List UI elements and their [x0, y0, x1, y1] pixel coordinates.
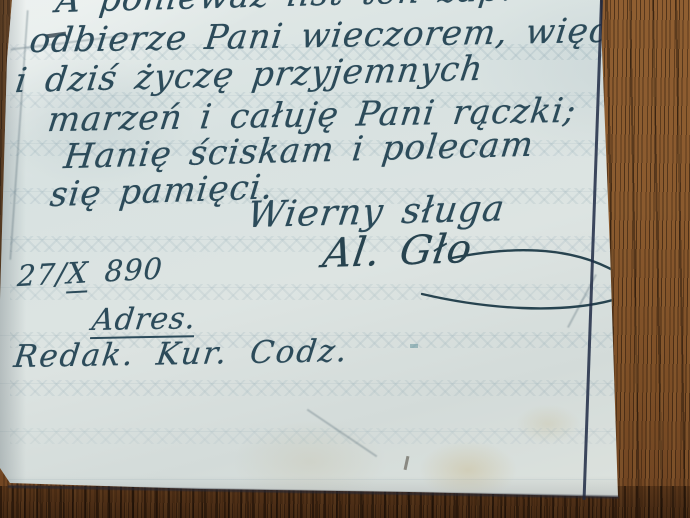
handwriting-line: się pamięci. — [48, 170, 275, 212]
date: 27/X 890 — [16, 254, 163, 291]
photo-of-letter: A ponieważ list ten zap. — odbierze Pani… — [0, 0, 690, 518]
address-line: Redak. Kur. Codz. — [12, 336, 350, 373]
address-label: Adres. — [90, 304, 198, 339]
ink-speck — [410, 344, 418, 348]
date-year: 890 — [104, 251, 164, 288]
date-day: 27 — [16, 257, 57, 293]
handwriting-line: odbierze Pani wieczorem, więc — [28, 14, 611, 58]
signature-flourish — [302, 238, 652, 318]
date-month: X — [66, 255, 90, 293]
